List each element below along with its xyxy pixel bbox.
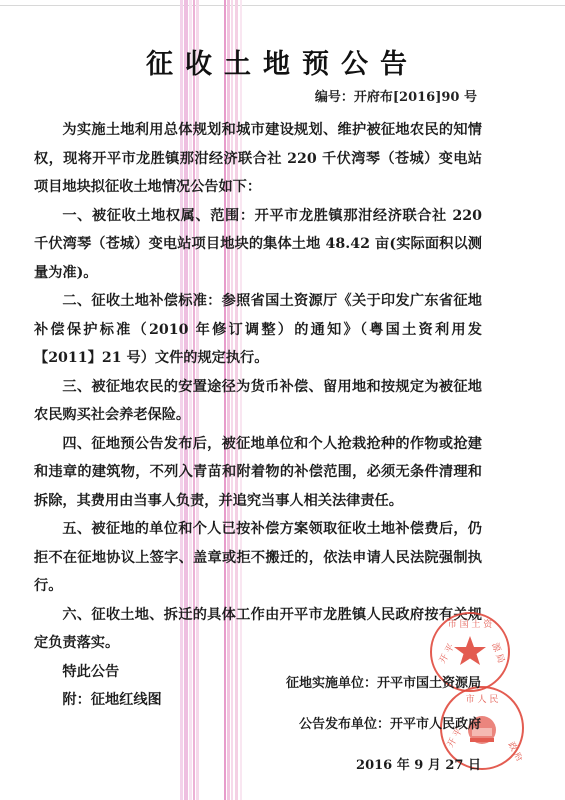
section-4-restrictions: 四、征地预公告发布后，被征地单位和个人抢栽抢种的作物或抢建和违章的建筑物，不列入… <box>34 430 482 516</box>
svg-text:源 局: 源 局 <box>489 641 506 664</box>
implementing-unit-signature: 征地实施单位：开平市国土资源局 <box>286 672 481 691</box>
svg-text:政 府: 政 府 <box>505 740 522 764</box>
section-6-implementation: 六、征收土地、拆迁的具体工作由开平市龙胜镇人民政府按有关规定负责落实。 <box>34 601 482 658</box>
publication-date: 2016 年 9 月 27 日 <box>356 754 481 773</box>
document-body: 为实施土地利用总体规划和城市建设规划、维护被征地农民的知情权，现将开平市龙胜镇那… <box>34 116 482 715</box>
section-5-enforcement: 五、被征地的单位和个人已按补偿方案领取征收土地补偿费后，仍拒不在征地协议上签字、… <box>34 515 482 601</box>
section-1-land-ownership: 一、被征收土地权属、范围：开平市龙胜镇那泔经济联合社 220 千伏湾琴（苍城）变… <box>34 202 482 288</box>
scan-edge-line <box>0 5 565 6</box>
svg-text:开 平: 开 平 <box>437 642 457 666</box>
svg-text:市 国 土 资: 市 国 土 资 <box>448 618 494 630</box>
intro-paragraph: 为实施土地利用总体规划和城市建设规划、维护被征地农民的知情权，现将开平市龙胜镇那… <box>34 116 482 202</box>
document-number: 编号：开府布[2016]90 号 <box>315 86 477 105</box>
svg-text:市 人 民: 市 人 民 <box>466 693 499 705</box>
publishing-unit-signature: 公告发布单位：开平市人民政府 <box>299 713 481 732</box>
section-2-compensation-standard: 二、征收土地补偿标准：参照省国土资源厅《关于印发广东省征地补偿保护标准（2010… <box>34 287 482 373</box>
document-title: 征收土地预公告 <box>0 42 565 81</box>
section-3-resettlement: 三、被征地农民的安置途径为货币补偿、留用地和按规定为被征地农民购买社会养老保险。 <box>34 373 482 430</box>
